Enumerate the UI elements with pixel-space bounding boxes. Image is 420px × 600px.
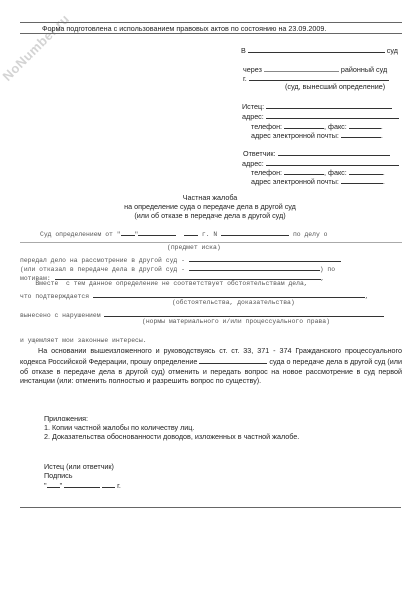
caption-norms: (нормы материального и/или процессуально…	[142, 318, 330, 325]
caption-circumstances: (обстоятельства, доказательства)	[172, 299, 295, 306]
transfer-court-field[interactable]	[189, 253, 341, 262]
document-subtitle-alt: (или об отказе в передаче дела в другой …	[0, 211, 420, 220]
ruling-court-field[interactable]	[199, 355, 267, 364]
ruling-day-field[interactable]	[121, 227, 135, 236]
signature-role: Истец (или ответчик)	[44, 462, 114, 471]
violation-field[interactable]	[104, 308, 384, 317]
attachments-heading: Приложения:	[44, 414, 88, 423]
document-title: Частная жалоба	[0, 193, 420, 202]
request-paragraph: На основании вышеизложенного и руководст…	[20, 346, 402, 385]
plaintiff-address-field[interactable]	[266, 110, 399, 119]
plaintiff-email-label: адрес электронной почты:	[251, 131, 339, 140]
document-subtitle: на определение суда о передаче дела в др…	[0, 202, 420, 211]
ruling-line: Суд определением от "" г. N по делу о	[40, 227, 327, 238]
ruling-text-c: г. N	[202, 231, 217, 238]
defendant-email-label: адрес электронной почты:	[251, 177, 339, 186]
ruling-number-field[interactable]	[221, 227, 289, 236]
city-prefix: г.	[243, 74, 247, 83]
date-quote-close: "	[60, 481, 63, 490]
year-suffix: г.	[117, 481, 121, 490]
violation-label: вынесено с нарушением	[20, 312, 101, 319]
attachment-item: 2. Доказательства обоснованности доводов…	[44, 432, 299, 441]
plaintiff-name-field[interactable]	[266, 100, 392, 109]
defendant-email-field[interactable]	[341, 175, 383, 184]
plaintiff-fax-field[interactable]	[349, 120, 381, 129]
court-prefix: В	[241, 46, 246, 55]
signature-day-field[interactable]	[47, 479, 60, 488]
plaintiff-phone-field[interactable]	[284, 120, 324, 129]
defendant-email-line: адрес электронной почты: .	[251, 175, 385, 186]
defendant-fax-field[interactable]	[349, 166, 383, 175]
city-caption: (суд, вынесший определение)	[285, 82, 385, 91]
header-note: Форма подготовлена с использованием прав…	[42, 24, 326, 33]
signature-date-line: "" г.	[44, 479, 121, 490]
ruling-year-field[interactable]	[184, 227, 198, 236]
court-name-field[interactable]	[248, 44, 385, 53]
ruling-text-a: Суд определением от "	[40, 231, 121, 238]
header-rule	[20, 33, 402, 34]
signature-month-field[interactable]	[64, 479, 100, 488]
defendant-address-field[interactable]	[266, 157, 399, 166]
case-subject-field[interactable]	[20, 242, 402, 243]
ruling-month-field[interactable]	[138, 227, 176, 236]
signature-year-field[interactable]	[102, 479, 115, 488]
top-rule	[20, 22, 402, 23]
refusal-court-field[interactable]	[189, 262, 320, 271]
plaintiff-email-line: адрес электронной почты: .	[251, 129, 383, 140]
city-field[interactable]	[249, 72, 389, 81]
plaintiff-email-field[interactable]	[341, 129, 381, 138]
court-suffix: суд	[387, 46, 398, 55]
defendant-phone-field[interactable]	[284, 166, 324, 175]
circumstances-field[interactable]	[93, 289, 365, 298]
confirmed-label: что подтверждается	[20, 293, 89, 300]
bottom-rule	[20, 507, 401, 508]
caption-subject: (предмет иска)	[167, 244, 221, 251]
reasons-field[interactable]	[55, 271, 321, 280]
attachment-item: 1. Копии частной жалобы по количеству ли…	[44, 423, 194, 432]
district-court-field[interactable]	[264, 63, 339, 72]
ruling-text-d: по делу о	[293, 231, 328, 238]
interests-line: и ущемляет мои законные интересы.	[20, 337, 147, 344]
court-line: В суд	[241, 44, 398, 55]
defendant-name-field[interactable]	[278, 147, 390, 156]
however-line: Вместе с тем данное определение не соотв…	[20, 280, 308, 287]
